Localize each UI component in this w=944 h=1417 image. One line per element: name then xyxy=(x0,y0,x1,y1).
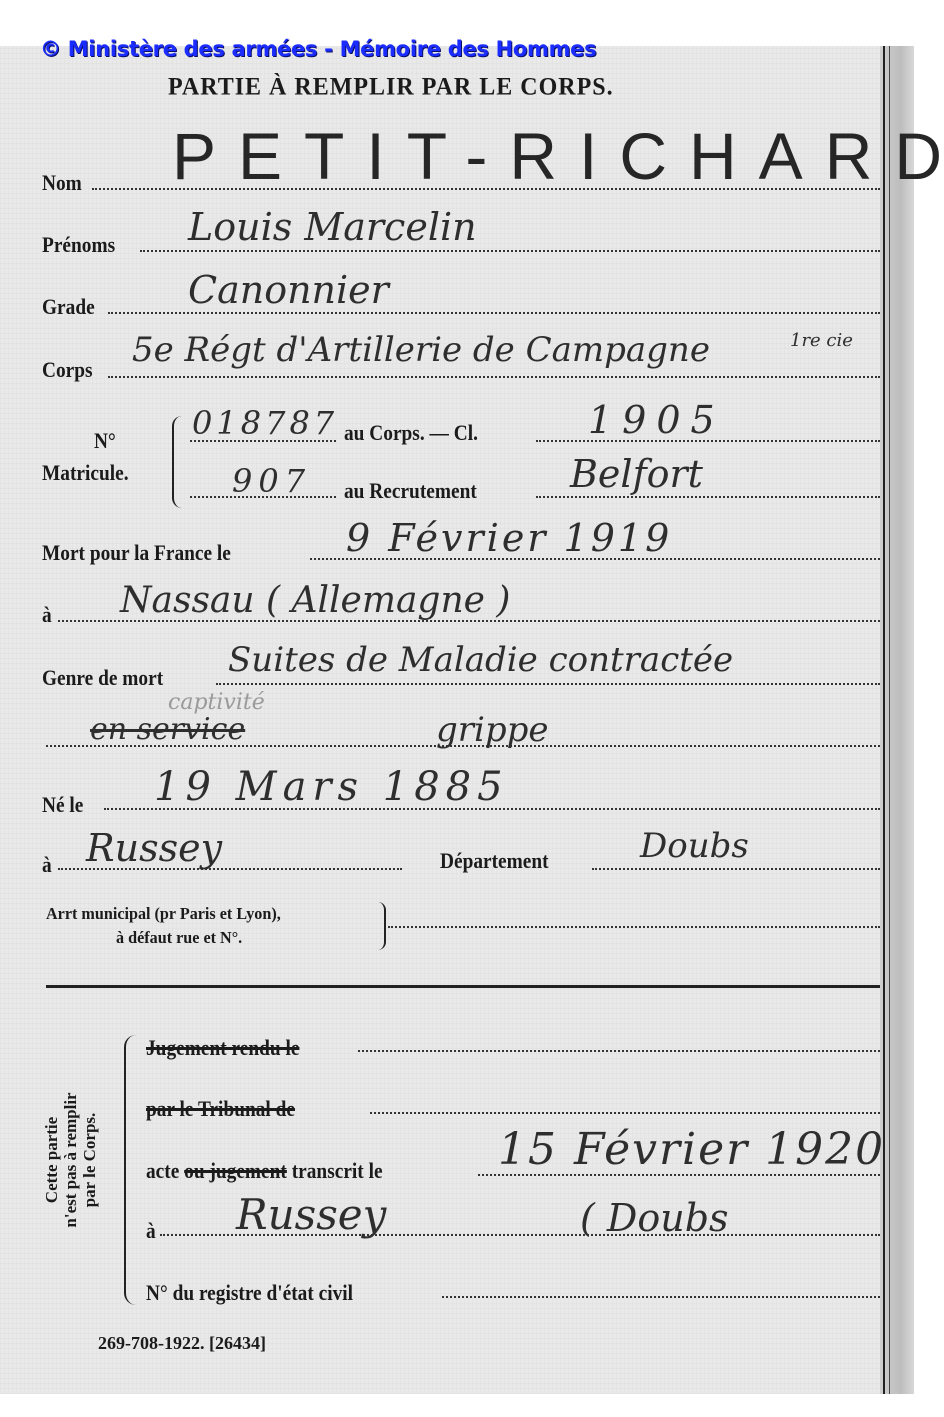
acte-label-struck: ou jugement xyxy=(184,1158,287,1183)
section-divider xyxy=(46,985,880,988)
form-reference-code: 269-708-1922. [26434] xyxy=(98,1333,266,1354)
matricule-corps-number: 018787 xyxy=(192,404,338,442)
civil-section-brace xyxy=(124,1035,136,1305)
genre-mort-value-line2b: grippe xyxy=(436,710,549,750)
ne-le-value: 19 Mars 1885 xyxy=(154,764,509,810)
arr-municipal-label-2: à défaut rue et N°. xyxy=(116,928,242,948)
matricule-label-bottom: Matricule. xyxy=(42,460,129,486)
corps-annotation: 1re cie xyxy=(790,330,853,351)
civil-lieu-label: à xyxy=(146,1218,156,1244)
recrutement-number: 907 xyxy=(232,462,311,500)
recrutement-value: Belfort xyxy=(570,452,703,496)
form-heading: PARTIE À REMPLIR PAR LE CORPS. xyxy=(168,73,614,101)
nom-label: Nom xyxy=(42,170,82,196)
corps-label: Corps xyxy=(42,357,93,383)
corps-line xyxy=(108,376,880,378)
side-note-line-2: n'est pas à remplir xyxy=(61,1060,80,1260)
genre-mort-label: Genre de mort xyxy=(42,665,163,691)
civil-lieu-value: Russey xyxy=(236,1190,386,1239)
side-note: Cette partie n'est pas à remplir par le … xyxy=(42,1060,99,1260)
matricule-label-top: N° xyxy=(94,428,116,454)
au-recrutement-label: au Recrutement xyxy=(344,478,477,504)
prenoms-value: Louis Marcelin xyxy=(188,205,477,249)
prenoms-label: Prénoms xyxy=(42,232,115,258)
ne-lieu-label: à xyxy=(42,852,52,878)
mort-lieu-value: Nassau ( Allemagne ) xyxy=(120,580,510,621)
corps-value: 5e Régt d'Artillerie de Campagne xyxy=(132,330,710,370)
mort-date-value: 9 Février 1919 xyxy=(346,516,672,560)
grade-value: Canonnier xyxy=(188,268,389,312)
arr-municipal-line xyxy=(388,926,880,928)
genre-mort-line xyxy=(216,683,880,685)
genre-mort-value-line2: en service xyxy=(90,712,245,747)
classe-value: 1905 xyxy=(588,398,725,442)
acte-label-post: transcrit le xyxy=(292,1158,383,1183)
departement-line xyxy=(592,868,880,870)
acte-label: acte ou jugement transcrit le xyxy=(146,1158,383,1184)
arr-municipal-label-1: Arrt municipal (pr Paris et Lyon), xyxy=(46,904,281,924)
jugement-rendu-label: Jugement rendu le xyxy=(146,1035,299,1061)
departement-value: Doubs xyxy=(640,826,749,866)
grade-label: Grade xyxy=(42,294,95,320)
copyright-watermark: © Ministère des armées - Mémoire des Hom… xyxy=(40,37,596,61)
au-corps-label: au Corps. — Cl. xyxy=(344,420,478,446)
nom-value: PETIT-RICHARD xyxy=(172,118,944,194)
side-note-line-1: Cette partie xyxy=(42,1060,61,1260)
mort-date-label: Mort pour la France le xyxy=(42,540,231,566)
civil-lieu-dept: ( Doubs xyxy=(580,1196,729,1240)
acte-value: 15 Février 1920 xyxy=(498,1124,885,1175)
registre-label: N° du registre d'état civil xyxy=(146,1280,353,1306)
registre-line xyxy=(442,1296,880,1298)
recrutement-line xyxy=(536,496,880,498)
tribunal-line xyxy=(370,1112,880,1114)
tribunal-label: par le Tribunal de xyxy=(146,1096,295,1122)
margin-rule-inner xyxy=(889,46,890,1394)
ne-le-label: Né le xyxy=(42,792,83,818)
ne-lieu-value: Russey xyxy=(86,826,222,870)
matricule-brace xyxy=(172,416,182,508)
jugement-rendu-line xyxy=(358,1050,880,1052)
genre-mort-struck-word: en service xyxy=(90,712,245,747)
genre-mort-value: Suites de Maladie contractée xyxy=(228,640,733,680)
prenoms-line xyxy=(140,250,880,252)
margin-rule xyxy=(883,46,885,1394)
side-note-line-3: par le Corps. xyxy=(80,1060,99,1260)
departement-label: Département xyxy=(440,848,549,874)
grade-line xyxy=(108,312,880,314)
arr-municipal-brace xyxy=(378,902,386,950)
mort-lieu-label: à xyxy=(42,602,52,628)
sheet-edge xyxy=(880,46,914,1394)
genre-mort-correction: captivité xyxy=(168,690,265,715)
acte-label-pre: acte xyxy=(146,1158,179,1183)
